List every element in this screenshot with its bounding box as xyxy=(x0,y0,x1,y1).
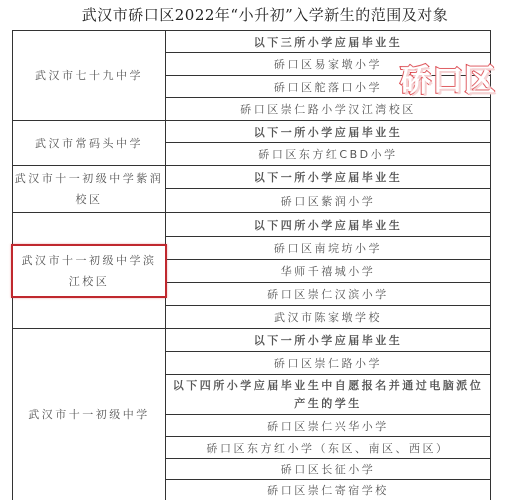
middle-school-cell: 武汉市常码头中学 xyxy=(13,121,166,166)
highlighted-middle-school-name: 武汉市十一初级中学滨江校区 xyxy=(11,244,167,298)
primary-school-cell: 硚口区崇仁路小学汉江湾校区 xyxy=(166,98,491,121)
table-row: 武汉市十一初级中学滨江校区 以下四所小学应届毕业生 xyxy=(13,213,491,237)
primary-group-header: 以下三所小学应届毕业生 xyxy=(166,31,491,53)
middle-school-cell: 武汉市十一初级中学 xyxy=(13,329,166,500)
district-stamp-label: 硚口区 xyxy=(400,55,496,100)
primary-group-header: 以下四所小学应届毕业生中自愿报名并通过电脑派位产生的学生 xyxy=(166,375,491,415)
primary-school-cell: 硚口区长征小学 xyxy=(166,459,491,480)
primary-group-header: 以下一所小学应届毕业生 xyxy=(166,166,491,189)
enrollment-table: 武汉市七十九中学 以下三所小学应届毕业生 硚口区易家墩小学 硚口区舵落口小学 硚… xyxy=(12,30,491,500)
primary-school-cell: 硚口区紫润小学 xyxy=(166,189,491,213)
middle-school-cell: 武汉市十一初级中学紫润校区 xyxy=(13,166,166,213)
primary-school-cell: 硚口区东方红小学（东区、南区、西区） xyxy=(166,437,491,459)
middle-school-cell: 武汉市七十九中学 xyxy=(13,31,166,121)
primary-school-cell: 硚口区崇仁寄宿学校 xyxy=(166,480,491,500)
primary-group-header: 以下四所小学应届毕业生 xyxy=(166,213,491,237)
primary-school-cell: 硚口区崇仁兴华小学 xyxy=(166,415,491,437)
primary-group-header: 以下一所小学应届毕业生 xyxy=(166,121,491,143)
table-row: 武汉市十一初级中学 以下一所小学应届毕业生 xyxy=(13,329,491,352)
middle-school-cell: 武汉市十一初级中学滨江校区 xyxy=(13,213,166,329)
table-row: 武汉市常码头中学 以下一所小学应届毕业生 xyxy=(13,121,491,143)
primary-group-header: 以下一所小学应届毕业生 xyxy=(166,329,491,352)
primary-school-cell: 硚口区东方红CBD小学 xyxy=(166,143,491,166)
primary-school-cell: 华师千禧城小学 xyxy=(166,260,491,283)
middle-school-name: 武汉市常码头中学 xyxy=(35,133,143,154)
table-row: 武汉市七十九中学 以下三所小学应届毕业生 xyxy=(13,31,491,53)
document-title: 武汉市硚口区2022年“小升初”入学新生的范围及对象 xyxy=(0,4,530,25)
primary-school-cell: 硚口区崇仁路小学 xyxy=(166,352,491,375)
middle-school-name: 武汉市七十九中学 xyxy=(35,65,143,86)
middle-school-name: 武汉市十一初级中学紫润校区 xyxy=(13,168,165,210)
table-row: 武汉市十一初级中学紫润校区 以下一所小学应届毕业生 xyxy=(13,166,491,189)
primary-school-cell: 武汉市陈家墩学校 xyxy=(166,306,491,329)
middle-school-name: 武汉市十一初级中学 xyxy=(28,404,150,425)
primary-school-cell: 硚口区崇仁汉滨小学 xyxy=(166,283,491,306)
primary-school-cell: 硚口区南垸坊小学 xyxy=(166,237,491,260)
